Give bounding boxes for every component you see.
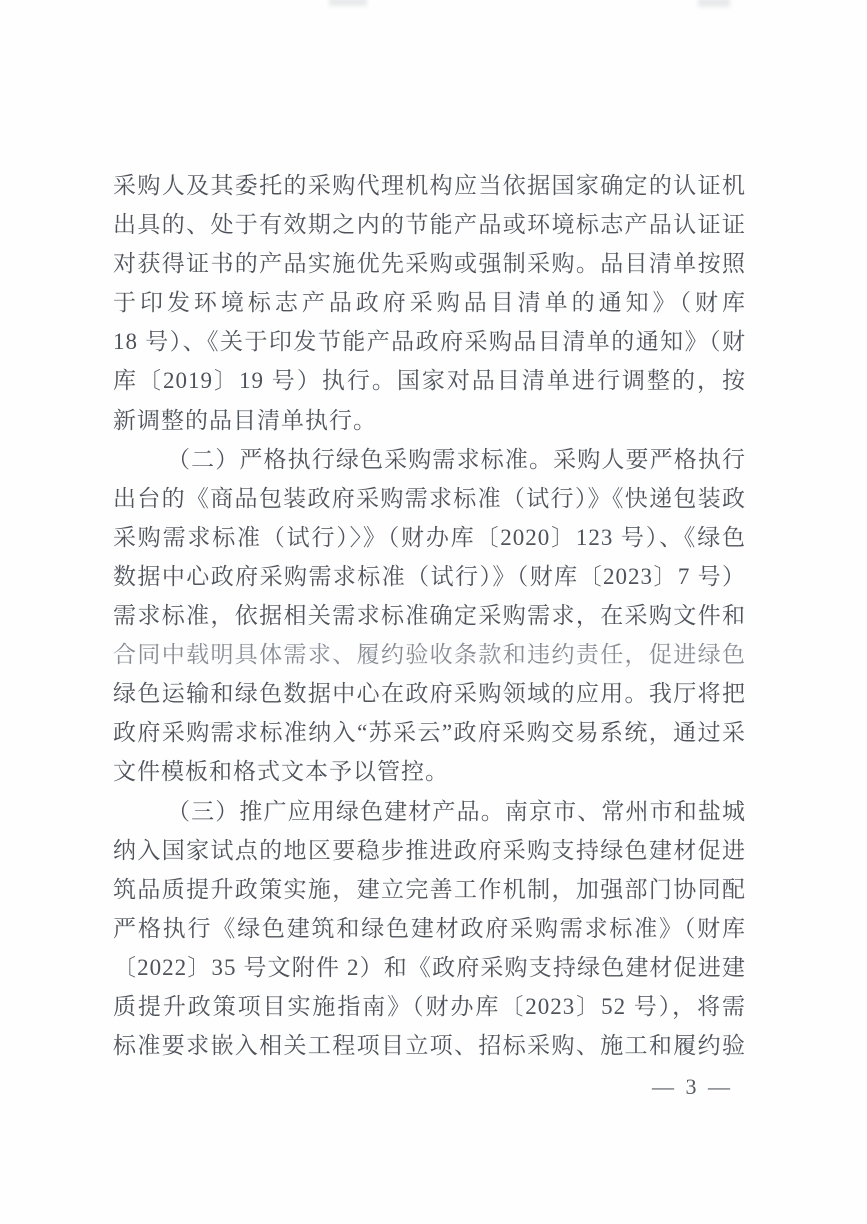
text-line: 于印发环境标志产品政府采购品目清单的通知》（财库〔2019〕 [113,283,746,322]
text-line: 对获得证书的产品实施优先采购或强制采购。品目清单按照《关 [113,244,746,283]
text-line: 筑品质提升政策实施，建立完善工作机制，加强部门协同配合， [113,870,746,909]
text-line: 出具的、处于有效期之内的节能产品或环境标志产品认证证书， [113,205,746,244]
text-line: 文件模板和格式文本予以管控。 [113,752,746,791]
text-line-section-3-heading: （三）推广应用绿色建材产品。南京市、常州市和盐城市等 [113,792,746,831]
body-text: 采购人及其委托的采购代理机构应当依据国家确定的认证机构 出具的、处于有效期之内的… [113,166,746,1065]
text-line: 合同中载明具体需求、履约验收条款和违约责任，促进绿色包装、 [113,635,746,674]
text-line: 出台的《商品包装政府采购需求标准（试行）》《快递包装政府 [113,479,746,518]
document-page: 采购人及其委托的采购代理机构应当依据国家确定的认证机构 出具的、处于有效期之内的… [0,0,867,1224]
scan-artifact-top-left [329,0,367,6]
text-line: 绿色运输和绿色数据中心在政府采购领域的应用。我厅将把相关 [113,674,746,713]
text-line: 库〔2019〕19 号）执行。国家对品目清单进行调整的，按照最 [113,361,746,400]
text-line: 采购人及其委托的采购代理机构应当依据国家确定的认证机构 [113,166,746,205]
text-line: 标准要求嵌入相关工程项目立项、招标采购、施工和履约验收的 [113,1026,746,1065]
text-line: 质提升政策项目实施指南》（财办库〔2023〕52 号），将需求 [113,987,746,1026]
scan-artifact-top-right [698,0,730,7]
text-line: 政府采购需求标准纳入“苏采云”政府采购交易系统，通过采购 [113,713,746,752]
text-line: 〔2022〕35 号文附件 2）和《政府采购支持绿色建材促进建筑品 [113,948,746,987]
text-line: 严格执行《绿色建筑和绿色建材政府采购需求标准》（财库 [113,909,746,948]
text-line: 新调整的品目清单执行。 [113,401,746,440]
text-line: 18 号）、《关于印发节能产品政府采购品目清单的通知》（财 [113,322,746,361]
text-line: 纳入国家试点的地区要稳步推进政府采购支持绿色建材促进建 [113,831,746,870]
text-line: 数据中心政府采购需求标准（试行）》（财库〔2023〕7 号）等 [113,557,746,596]
text-line: 需求标准，依据相关需求标准确定采购需求，在采购文件和采购 [113,596,746,635]
text-line-section-2-heading: （二）严格执行绿色采购需求标准。采购人要严格执行国家 [113,440,746,479]
page-number: — 3 — [645,1074,740,1100]
text-line: 采购需求标准（试行）〉》（财办库〔2020〕123 号）、《绿色 [113,518,746,557]
